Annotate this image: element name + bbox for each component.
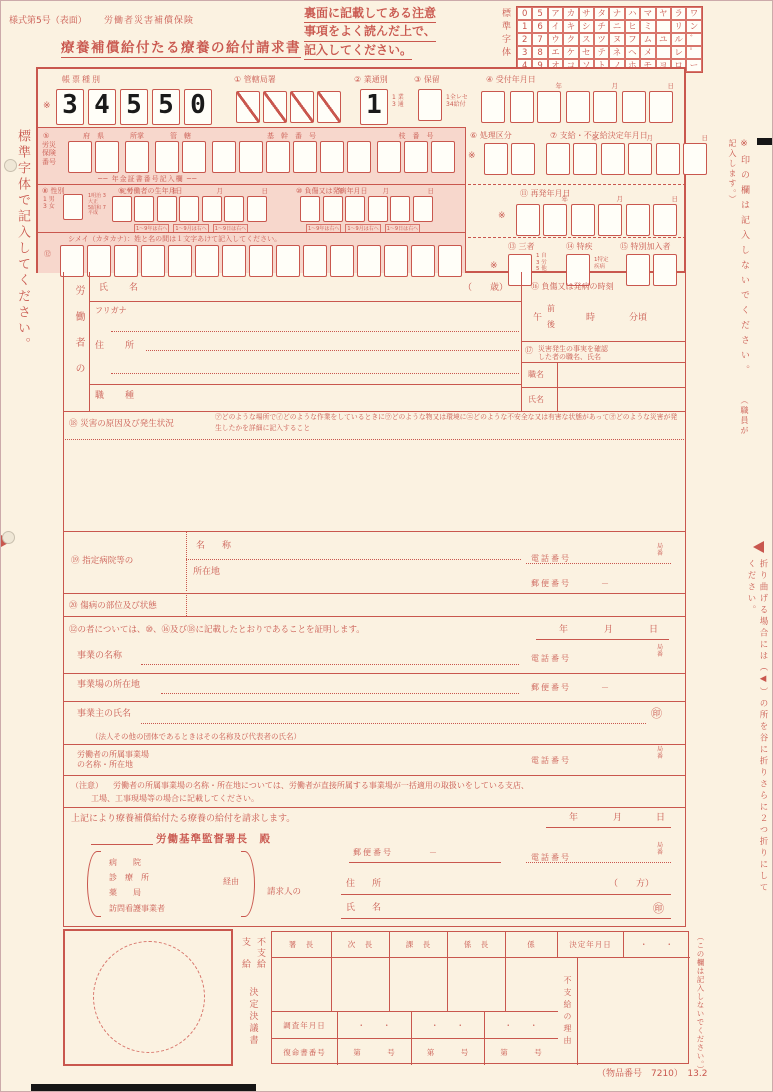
entry-box[interactable] xyxy=(404,141,428,173)
entry-box[interactable] xyxy=(653,204,677,236)
std-char-cell: ル xyxy=(671,33,686,46)
insurance-name: 労働者災害補償保険 xyxy=(104,16,194,28)
item-number: （物品番号 7210） 13.2 xyxy=(597,1069,707,1081)
std-char-cell: ハ xyxy=(625,7,640,20)
entry-box[interactable] xyxy=(566,91,590,123)
std-char-cell: ニ xyxy=(609,20,624,33)
form-code-digit[interactable]: 4 xyxy=(88,89,116,125)
kyokuban-label: 局 番 xyxy=(657,645,663,659)
std-char-cell: テ xyxy=(594,46,609,59)
fold-arrow-right xyxy=(753,541,764,553)
entry-box[interactable] xyxy=(179,196,199,222)
month-sup: 月 xyxy=(612,83,619,90)
reason-cell[interactable] xyxy=(578,958,690,1065)
notice-line: 裏面に記載してある注意 xyxy=(304,5,436,23)
hospital-postal-label: 郵便番号 xyxy=(531,579,571,589)
std-char-cell: ン xyxy=(686,20,701,33)
entry-box[interactable] xyxy=(239,141,263,173)
business-name-writeline[interactable] xyxy=(141,664,519,665)
worker-age: （ 歳） xyxy=(463,283,508,295)
field8-note: 1 男 3 女 xyxy=(43,197,55,211)
std-char-cell: リ xyxy=(671,20,686,33)
std-char-cell: シ xyxy=(579,20,594,33)
date-year: 年 xyxy=(559,625,568,637)
via-items: 病 院 診 療 所 薬 局 訪問看護事業者 xyxy=(109,855,165,916)
affiliation-tel-label: 電話番号 xyxy=(531,756,571,766)
col-header: 管 轄 xyxy=(155,131,206,141)
decide-date-cell[interactable]: ・ ・ xyxy=(624,932,690,957)
hospital-name-label: 名 称 xyxy=(196,541,235,553)
caution-head: （注意） xyxy=(71,781,103,791)
sign-cell[interactable] xyxy=(272,958,332,1011)
punch-hole xyxy=(4,159,17,172)
punch-hole xyxy=(2,531,15,544)
entry-box[interactable] xyxy=(95,141,119,173)
furigana-writeline[interactable] xyxy=(111,331,519,332)
entry-box[interactable] xyxy=(601,143,625,175)
office-name-writeline[interactable] xyxy=(91,844,153,845)
postal-dash: － xyxy=(601,579,609,589)
field2-note: 1 業 3 通 xyxy=(392,95,404,109)
std-char-cell: レ xyxy=(671,46,686,59)
entry-box[interactable] xyxy=(537,91,561,123)
entry-box[interactable] xyxy=(598,204,622,236)
office-label: 労働基準監督署長 殿 xyxy=(156,831,271,846)
entry-box[interactable] xyxy=(320,141,344,173)
time-noon: 午 xyxy=(533,313,542,325)
field1-boxes xyxy=(236,91,341,123)
std-char-cell: ツ xyxy=(594,33,609,46)
claimant-addr-writeline[interactable] xyxy=(341,894,671,895)
hospital-name-writeline[interactable] xyxy=(186,559,521,560)
date-month: 月 xyxy=(604,625,613,637)
report-no-cell[interactable]: 第 号 xyxy=(412,1039,485,1065)
form-page: 様式第5号（表面） 労働者災害補償保険 療養補償給付たる療養の給付請求書 裏面に… xyxy=(0,0,773,1092)
std-char-cell: ム xyxy=(640,33,655,46)
bottom-side-note: （この欄は記入しないでください。） xyxy=(695,933,706,1073)
entry-box[interactable] xyxy=(484,143,508,175)
std-char-cell: 2 xyxy=(517,33,532,46)
field9-boxes: 元号 年 月 日 xyxy=(112,189,267,222)
sign-cell[interactable] xyxy=(332,958,390,1011)
col-header: 基 幹 番 号 xyxy=(212,131,371,141)
hospital-tel-writeline[interactable] xyxy=(526,563,671,564)
research-date-cell[interactable]: ・ ・ xyxy=(338,1012,412,1038)
field17-no: ⑰ xyxy=(525,346,533,356)
notice-line: 事項をよく読んだ上で、 xyxy=(304,23,436,41)
postal-dash: － xyxy=(429,848,437,858)
entry-box[interactable] xyxy=(263,91,287,123)
col-kachou: 課 長 xyxy=(390,932,448,957)
time-pm: 後 xyxy=(547,320,555,330)
field12-no: ⑫ xyxy=(44,250,51,258)
staff-only-mark: ※ xyxy=(490,261,498,273)
worker-ocr-pink-area: ⑤ 労災 保険 番号 府 県 所掌 管 轄 基 幹 番 号 枝 番 号 ── 年… xyxy=(38,127,466,273)
form-code-digit[interactable]: 5 xyxy=(152,89,180,125)
entry-box[interactable] xyxy=(134,196,154,222)
field18-note: ㋐どのような場所で㋑どのような作業をしているときに㋒どのような物又は環境に㋓どの… xyxy=(215,412,681,433)
caution-line2: 工場、工事現場等の場合に記載してください。 xyxy=(91,794,259,804)
stamp-circle xyxy=(93,941,205,1053)
std-char-cell: 3 xyxy=(517,46,532,59)
std-char-cell: サ xyxy=(579,7,594,20)
date-day: 日 xyxy=(656,813,665,825)
furigana-label: フリガナ xyxy=(95,306,127,316)
entry-box[interactable] xyxy=(182,141,206,173)
std-char-cell: ケ xyxy=(563,46,578,59)
entry-box[interactable] xyxy=(290,91,314,123)
std-char-cell: ミ xyxy=(640,20,655,33)
entry-box[interactable] xyxy=(543,204,567,236)
business-tel-label: 電話番号 xyxy=(531,654,571,664)
entry-box[interactable] xyxy=(626,204,650,236)
witness-name-label: 氏名 xyxy=(528,395,544,405)
std-char-cell: 8 xyxy=(532,46,547,59)
form-type-digits: 34550 xyxy=(56,89,212,125)
std-char-cell: 1 xyxy=(517,20,532,33)
kana-instruction: シメイ（カタカナ）：姓と名の間は１文字あけて記入してください。 xyxy=(68,235,281,243)
business-name-label: 事業の名称 xyxy=(77,651,122,663)
claimant-addr-label: 住 所 xyxy=(346,879,385,891)
field18-label: ⑱ 災害の原因及び発生状況 xyxy=(69,417,174,429)
postal-dash: － xyxy=(601,683,609,693)
entry-box[interactable] xyxy=(622,91,646,123)
std-char-cell: ネ xyxy=(609,46,624,59)
research-date-cell[interactable]: ・ ・ xyxy=(412,1012,485,1038)
std-char-cell: ヤ xyxy=(656,7,671,20)
entry-box[interactable] xyxy=(413,196,433,222)
form-code-digit[interactable]: 5 xyxy=(120,89,148,125)
kyokuban-label: 局 番 xyxy=(657,544,663,558)
field3-label: ③ 保留 xyxy=(414,75,440,85)
hospital-addr-label: 所在地 xyxy=(193,567,220,579)
std-char-cell: エ xyxy=(548,46,563,59)
cause-write-area[interactable] xyxy=(65,441,684,531)
worker-name-label: 氏 名 xyxy=(99,283,144,295)
field14-note: 1特定 疾病 xyxy=(594,257,609,270)
claimant-postal-label: 郵便番号 xyxy=(353,848,393,858)
business-addr-writeline[interactable] xyxy=(161,693,519,694)
col-header: 枝 番 号 xyxy=(377,131,455,141)
entry-box[interactable] xyxy=(683,143,707,175)
std-char-cell: ワ xyxy=(686,7,701,20)
owner-writeline[interactable] xyxy=(141,723,646,724)
business-postal-label: 郵便番号 xyxy=(531,683,571,693)
affiliation-label: 労働者の所属事業場 の名称・所在地 xyxy=(77,750,149,770)
fold-note: 折り曲げる場合には（◀）の所を谷に折りさらに２つ折りにしてください。 xyxy=(745,559,769,904)
std-char-cell: ゛ xyxy=(686,33,701,46)
research-date-cell[interactable]: ・ ・ xyxy=(485,1012,558,1038)
corp-note: （法人その他の団体であるときはその名称及び代表者の氏名） xyxy=(91,732,301,741)
worker-address-label: 住 所 xyxy=(95,341,140,353)
entry-box[interactable] xyxy=(571,204,595,236)
std-char-cell: ウ xyxy=(548,33,563,46)
field5-headers: 府 県 所掌 管 轄 基 幹 番 号 枝 番 号 xyxy=(68,131,455,141)
decision-vertical-label: 支 給 不支給 決定決議書 xyxy=(237,937,269,1061)
entry-box[interactable] xyxy=(125,141,149,173)
field14-label: ⑭ 特疾 xyxy=(566,242,593,252)
report-no-cell[interactable]: 第 号 xyxy=(485,1039,558,1065)
date-day: 日 xyxy=(649,625,658,637)
std-font-label: 標準字体 xyxy=(499,8,512,60)
entry-box[interactable] xyxy=(345,196,365,222)
col-kakarichou: 係 長 xyxy=(448,932,506,957)
field19-label: ⑲ 指定病院等の xyxy=(71,554,133,566)
kessai-label: 決定決議書 xyxy=(247,987,260,1061)
std-char-cell: カ xyxy=(563,7,578,20)
entry-box[interactable] xyxy=(236,91,260,123)
via-bracket-left xyxy=(87,851,101,917)
std-char-cell: キ xyxy=(563,20,578,33)
field4-boxes: 年 月 日 xyxy=(481,84,673,123)
field3-note: 1全レセ 34給付 xyxy=(446,95,468,109)
entry-box[interactable] xyxy=(511,143,535,175)
entry-box[interactable] xyxy=(68,141,92,173)
form-code-digit[interactable]: 3 xyxy=(56,89,84,125)
std-char-cell xyxy=(656,20,671,33)
date-month: 月 xyxy=(613,813,622,825)
std-char-cell: 5 xyxy=(532,7,547,20)
field17-label: 災害発生の事実を確認 した者の職名、氏名 xyxy=(538,345,608,362)
std-char-cell: 6 xyxy=(532,20,547,33)
approval-table: 署 長 次 長 課 長 係 長 係 決定年月日 ・ ・ 調査年月日 ・ ・ ・ … xyxy=(271,931,689,1064)
field13-note: 1 自 3 労 5 他 xyxy=(536,253,547,273)
staff-only-mark: ※ xyxy=(468,151,476,163)
field5-no: ⑤ xyxy=(43,132,49,140)
year-sup: 年 xyxy=(556,83,563,90)
report-no-label: 復命書番号 xyxy=(272,1039,338,1065)
decide-date-label: 決定年月日 xyxy=(558,932,624,957)
std-char-cell: 7 xyxy=(532,33,547,46)
certify-date-writeline[interactable] xyxy=(536,639,669,640)
sign-cell[interactable] xyxy=(448,958,506,1011)
kyokuban-label: 局 番 xyxy=(657,747,663,761)
std-char-cell: ス xyxy=(579,33,594,46)
occupation-label: 職 種 xyxy=(95,391,140,403)
field10-boxes: 年 月 日 xyxy=(300,189,433,222)
era-sup: 元号 xyxy=(120,188,133,195)
field7-boxes: 年 月 日 xyxy=(546,136,707,175)
right-margin-note1: ※印の欄は記入しないでください。 （職員が記入します。） xyxy=(727,139,751,439)
field2-label: ② 業通別 xyxy=(354,75,388,85)
via-label: 経由 xyxy=(223,877,239,887)
entry-box[interactable] xyxy=(157,196,177,222)
certify-text: ⑫の者については、⑩、⑯及び⑱に記載したとおりであることを証明します。 xyxy=(69,623,365,635)
std-char-cell: ク xyxy=(563,33,578,46)
field3-box[interactable] xyxy=(418,89,442,121)
entry-box[interactable] xyxy=(573,143,597,175)
field15-label: ⑮ 特別加入者 xyxy=(620,242,671,252)
notice-box: 裏面に記載してある注意 事項をよく読んだ上で、 記入してください。 xyxy=(304,5,436,60)
std-char-cell: ヌ xyxy=(609,33,624,46)
field5-boxes xyxy=(68,141,455,173)
notice-line: 記入してください。 xyxy=(304,42,412,60)
claimant-label: 請求人の xyxy=(267,885,301,897)
std-char-cell xyxy=(656,46,671,59)
day-sup: 日 xyxy=(262,188,269,195)
entry-box[interactable] xyxy=(431,141,455,173)
std-char-cell: ナ xyxy=(609,7,624,20)
entry-box[interactable] xyxy=(390,196,410,222)
std-char-cell: ヒ xyxy=(625,20,640,33)
address-writeline[interactable] xyxy=(146,350,519,351)
entry-box[interactable] xyxy=(628,143,652,175)
sex-box[interactable] xyxy=(63,194,83,220)
entry-box[interactable] xyxy=(593,91,617,123)
field20-label: ⑳ 傷病の部位及び状態 xyxy=(69,599,157,611)
std-char-cell: ユ xyxy=(656,33,671,46)
std-char-cell: メ xyxy=(640,46,655,59)
claimant-postal-writeline[interactable] xyxy=(349,862,501,863)
claim-date-writeline[interactable] xyxy=(546,827,671,828)
form-number: 様式第5号（表面） xyxy=(9,16,87,28)
scan-artifact xyxy=(757,138,773,145)
field11-boxes: 年 月 日 xyxy=(516,197,677,236)
report-no-cell[interactable]: 第 号 xyxy=(338,1039,412,1065)
staff-only-mark: ※ xyxy=(498,211,506,223)
std-char-cell: マ xyxy=(640,7,655,20)
std-char-cell: ラ xyxy=(671,7,686,20)
entry-box[interactable] xyxy=(317,91,341,123)
claimant-tel-writeline[interactable] xyxy=(526,862,671,863)
entry-box[interactable] xyxy=(112,196,132,222)
entry-box[interactable] xyxy=(266,141,290,173)
page-title: 療養補償給付たる療養の給付請求書 xyxy=(61,36,301,58)
address-writeline2[interactable] xyxy=(111,373,519,374)
col-header: 府 県 xyxy=(68,131,119,141)
std-char-cell: タ xyxy=(594,7,609,20)
std-char-cell: ゜ xyxy=(686,46,701,59)
entry-box[interactable] xyxy=(202,196,222,222)
std-char-cell: フ xyxy=(625,33,640,46)
entry-box[interactable] xyxy=(212,141,236,173)
fushikyuu-label: 不支給 xyxy=(254,937,267,985)
caution-line1: 労働者の所属事業場の名称・所在地については、労働者が直接所属する事業場が一括適用… xyxy=(113,781,679,791)
field8-label: ⑧ 性別 xyxy=(42,187,65,195)
entry-box[interactable] xyxy=(300,196,320,222)
day-sup: 日 xyxy=(668,83,675,90)
col-header: 所掌 xyxy=(125,131,149,141)
kyokuban-label: 局 番 xyxy=(657,843,663,857)
entry-box[interactable] xyxy=(293,141,317,173)
seal-mark: ㊞ xyxy=(651,705,662,721)
std-char-cell: イ xyxy=(548,20,563,33)
seal-mark: ㊞ xyxy=(653,900,664,916)
std-char-cell: ー xyxy=(686,59,701,72)
witness-role-label: 職名 xyxy=(528,370,544,380)
era-note: 1明治 3大正 5昭和 7平成 xyxy=(88,194,110,217)
date-year: 年 xyxy=(569,813,578,825)
field16-label: ⑯ 負傷又は発病の時刻 xyxy=(531,282,614,292)
scan-artifact xyxy=(31,1084,256,1091)
entry-box[interactable] xyxy=(323,196,343,222)
form-code-digit[interactable]: 0 xyxy=(184,89,212,125)
claimant-kata: （ 方） xyxy=(609,879,654,891)
entry-box[interactable] xyxy=(516,204,540,236)
time-am: 前 xyxy=(547,304,555,314)
ocr-block: 帳票種別 ※ 34550 ① 管轄局署 ② 業通別 1 1 業 3 通 ③ 保留… xyxy=(36,67,686,273)
request-text: 上記により療養補償給付たる療養の給付を請求します。 xyxy=(71,814,295,826)
reason-label: 不支給の理由 xyxy=(558,958,578,1065)
field13-label: ⑬ 三者 xyxy=(508,242,535,252)
entry-box[interactable] xyxy=(481,91,505,123)
entry-box[interactable] xyxy=(377,141,401,173)
field6-label: ⑥ 処理区分 xyxy=(470,131,512,141)
entry-box[interactable] xyxy=(155,141,179,173)
col-jichou: 次 長 xyxy=(332,932,390,957)
entry-box[interactable] xyxy=(510,91,534,123)
shikyuu-label: 支 給 xyxy=(239,937,252,985)
std-char-cell: セ xyxy=(579,46,594,59)
entry-box[interactable] xyxy=(656,143,680,175)
std-char-cell: ヘ xyxy=(625,46,640,59)
col-kakari: 係 xyxy=(506,932,558,957)
std-char-cell: 0 xyxy=(517,7,532,20)
claimant-name-label: 氏 名 xyxy=(346,903,385,915)
pension-note: ── 年金証書番号記入欄 ── xyxy=(98,175,197,183)
sign-cell[interactable] xyxy=(390,958,448,1011)
std-char-cell: チ xyxy=(594,20,609,33)
entry-box[interactable] xyxy=(649,91,673,123)
month-sup: 月 xyxy=(217,188,224,195)
entry-box[interactable] xyxy=(224,196,244,222)
field1-label: ① 管轄局署 xyxy=(234,75,276,85)
owner-name-label: 事業主の氏名 xyxy=(77,709,131,721)
field6-boxes xyxy=(484,143,535,175)
worker-side-label: 労働者の xyxy=(71,285,86,400)
time-hour: 時 xyxy=(586,313,595,325)
form-type-label: 帳票種別 xyxy=(62,75,102,85)
time-minute: 分頃 xyxy=(629,313,647,325)
no-entry-note: ※印の欄は記入しないでください。 xyxy=(739,139,749,380)
entry-box[interactable] xyxy=(546,143,570,175)
business-addr-label: 事業場の所在地 xyxy=(77,680,140,692)
claimant-name-writeline[interactable] xyxy=(341,918,671,919)
std-char-cell: ア xyxy=(548,7,563,20)
standard-character-grid: 05アカサタナハマヤラワ16イキシチニヒミリン27ウクスツヌフムユル゛38エケセ… xyxy=(516,6,703,73)
entry-box[interactable] xyxy=(347,141,371,173)
research-date-label: 調査年月日 xyxy=(272,1012,338,1038)
sign-cell[interactable] xyxy=(506,958,558,1011)
staff-only-mark: ※ xyxy=(43,101,51,113)
receipt-stamp-box xyxy=(63,929,233,1066)
field2-value-box[interactable]: 1 xyxy=(360,89,388,125)
col-shochou: 署 長 xyxy=(272,932,332,957)
year-sup: 年 xyxy=(172,188,179,195)
entry-box[interactable] xyxy=(368,196,388,222)
field5-label: 労災 保険 番号 xyxy=(42,141,56,166)
entry-box[interactable] xyxy=(247,196,267,222)
